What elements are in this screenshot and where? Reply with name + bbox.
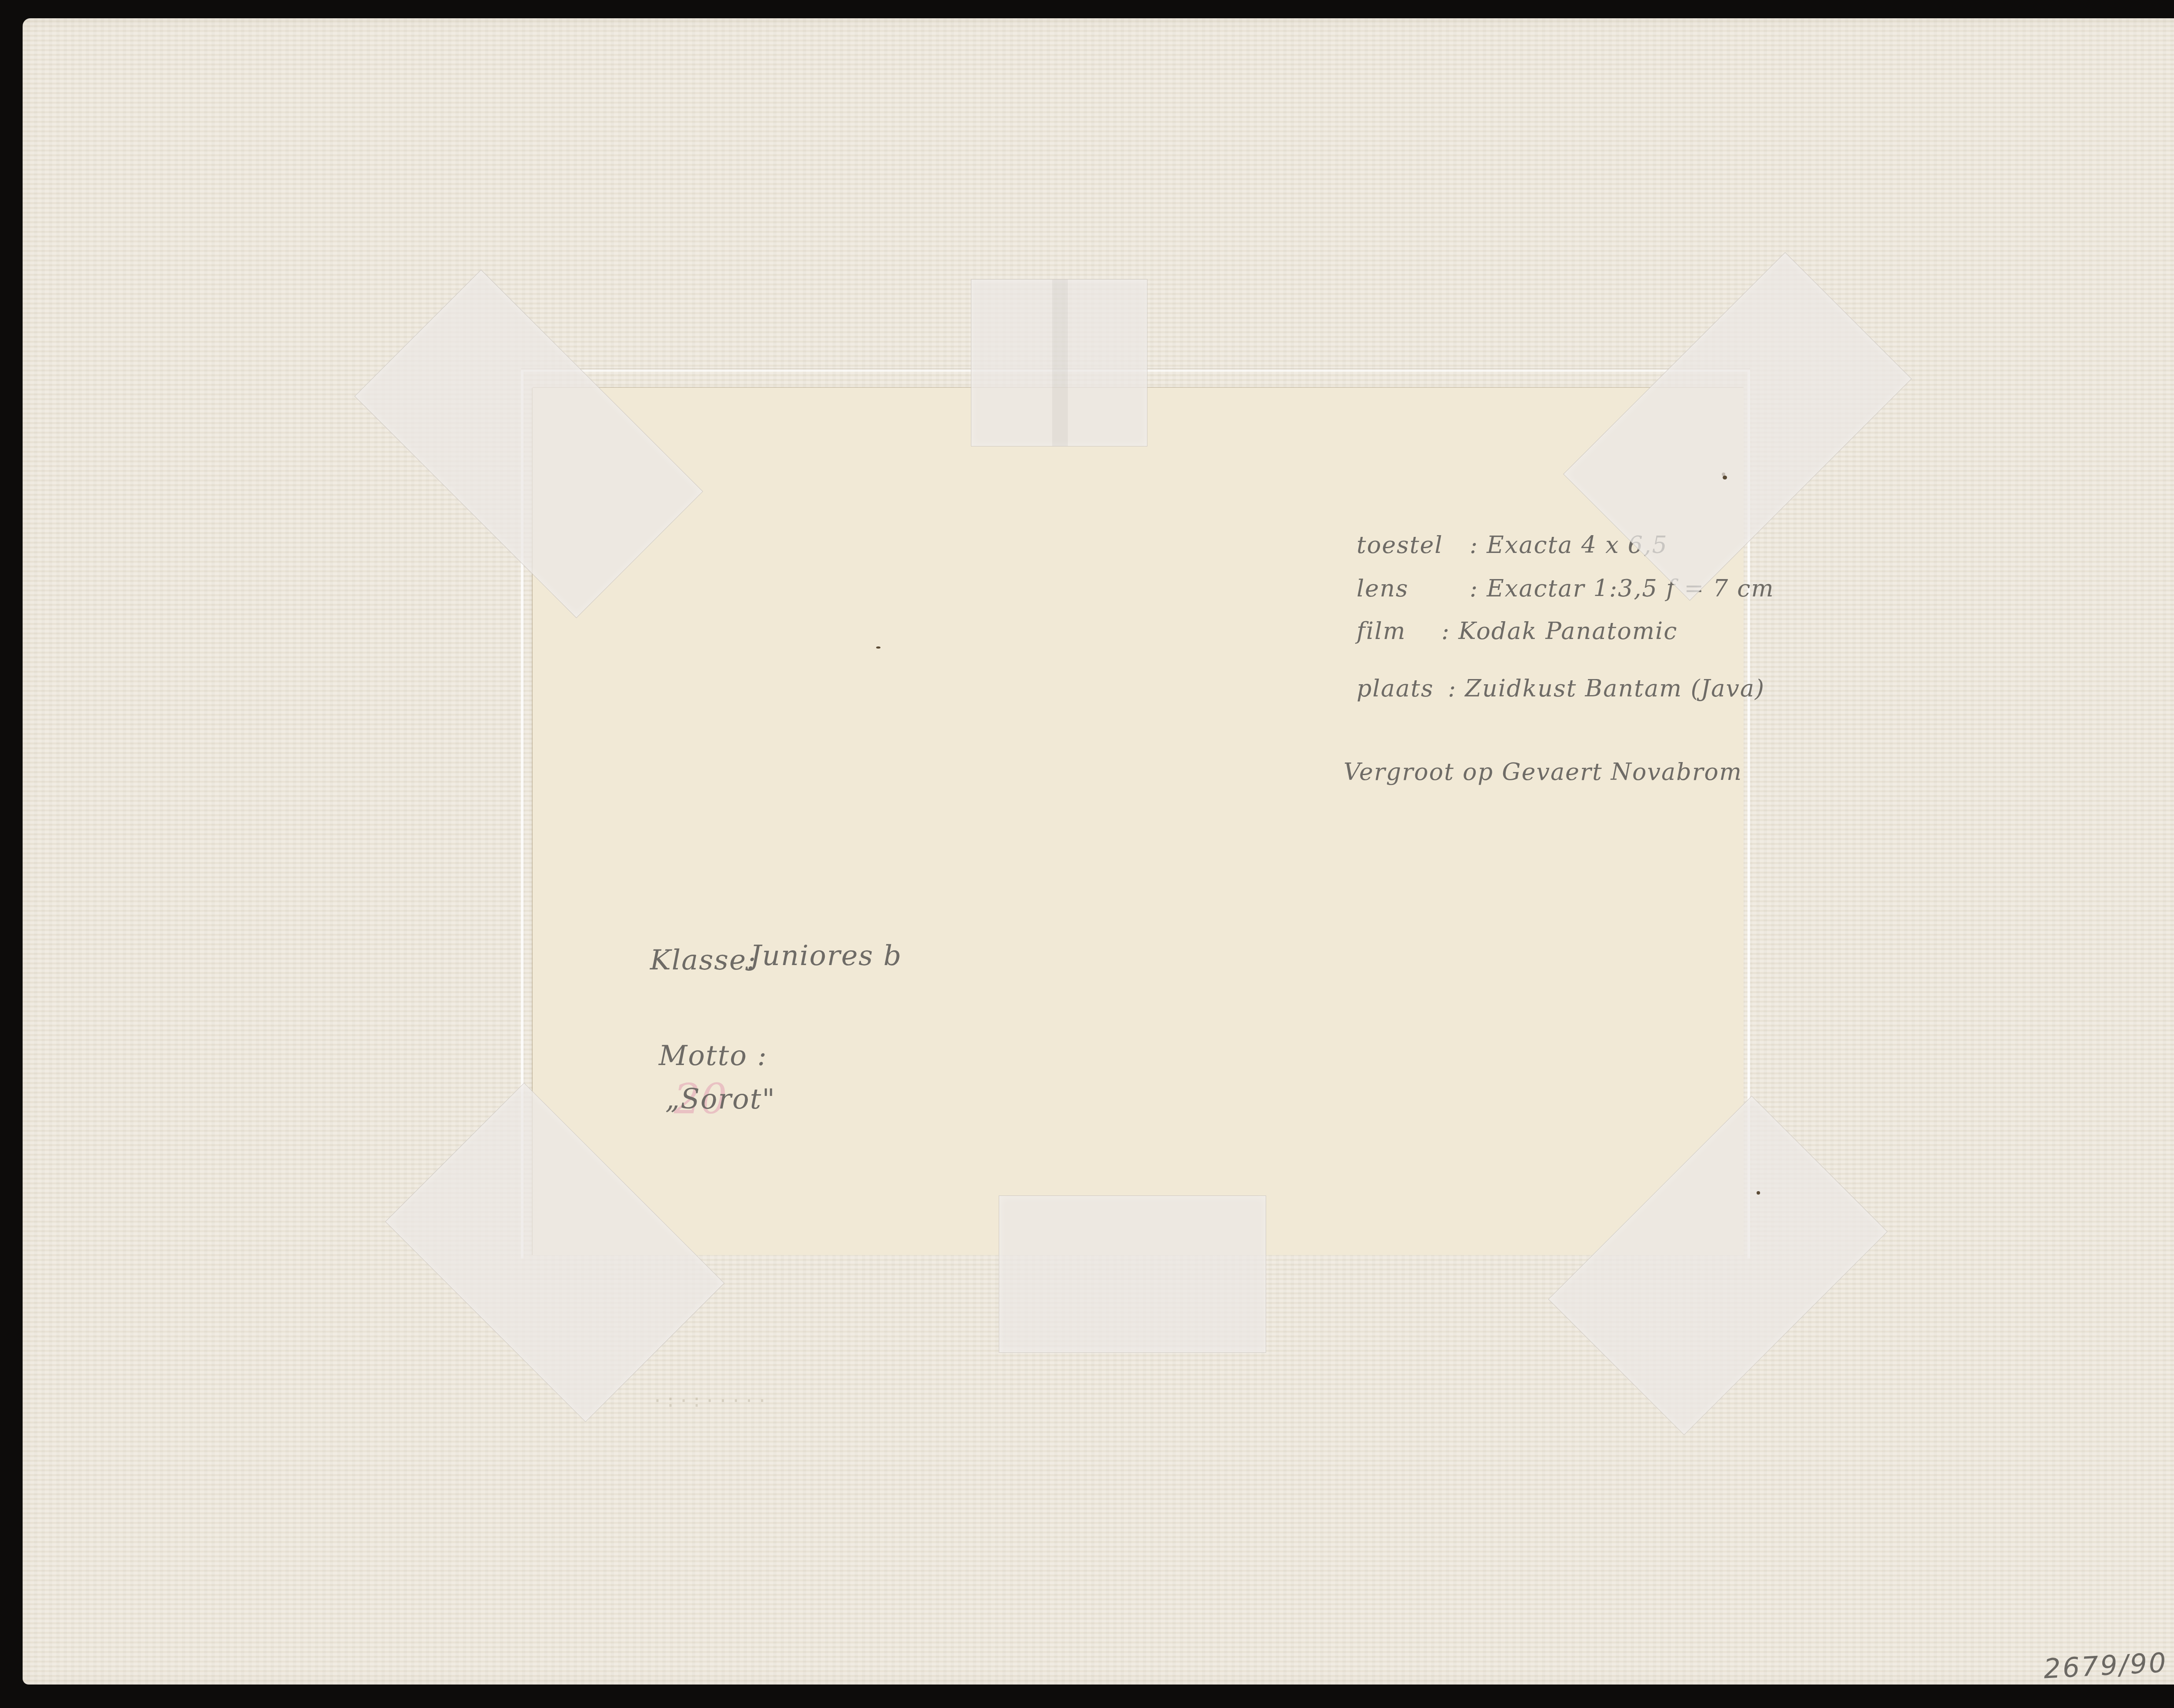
speck — [1723, 476, 1727, 479]
motto-label: Motto : — [659, 1040, 767, 1072]
speck — [876, 646, 880, 649]
tape-crease — [1052, 280, 1068, 446]
photo-card-verso: toestel : Exacta 4 x 6,5 lens : Exactar … — [533, 388, 1744, 1255]
motto-value: „Sorot" — [665, 1083, 776, 1115]
tape-bottom-center — [999, 1195, 1266, 1353]
note-label-lens: lens — [1357, 575, 1409, 602]
note-label-film: film — [1357, 617, 1406, 645]
note-label-toestel: toestel — [1357, 531, 1443, 559]
note-value-lens: : Exactar 1:3,5 f = 7 cm — [1470, 575, 1774, 602]
note-label-plaats: plaats — [1357, 675, 1434, 702]
note-value-plaats: : Zuidkust Bantam (Java) — [1448, 675, 1765, 702]
class-value: Juniores b — [750, 940, 902, 972]
class-label: Klasse: — [650, 944, 757, 976]
speck — [1757, 1191, 1760, 1195]
note-value-film: : Kodak Panatomic — [1441, 617, 1677, 645]
faint-offset-marks: ·:·:····· — [652, 1391, 791, 1417]
inventory-number: 2679/90 — [2043, 1647, 2168, 1685]
note-enlargement: Vergroot op Gevaert Novabrom — [1344, 758, 1742, 786]
tape-top-center — [971, 279, 1147, 446]
